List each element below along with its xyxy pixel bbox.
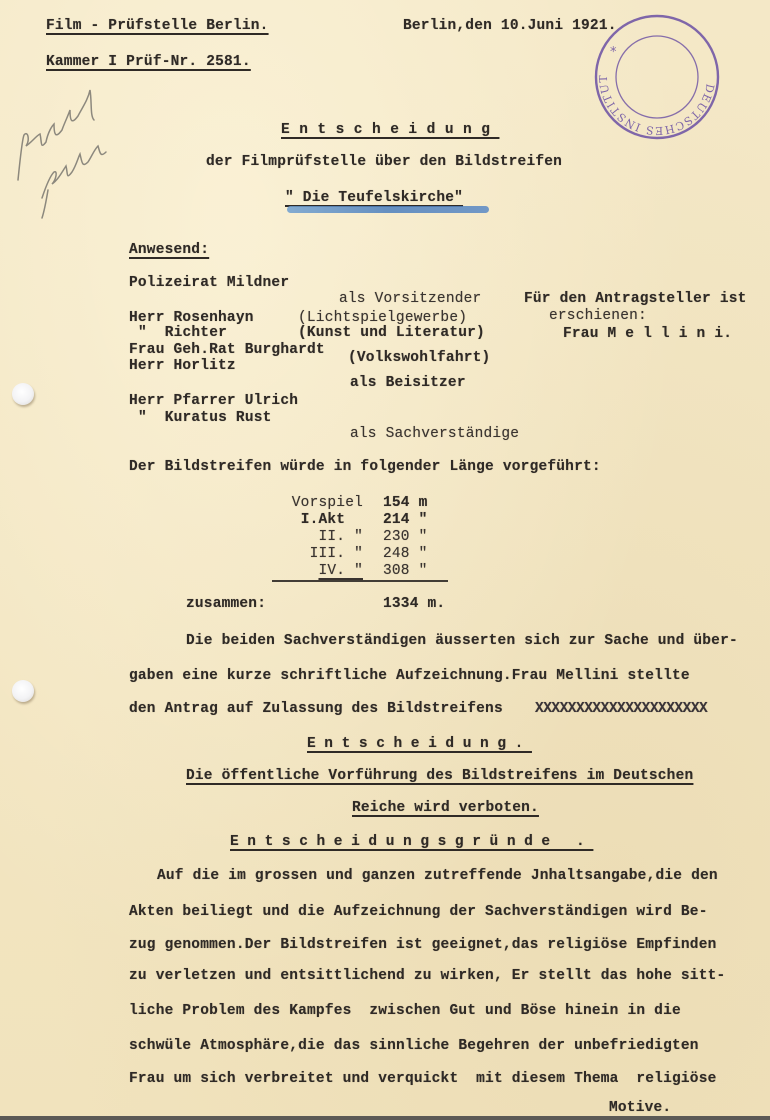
document-title: Entscheidung [281, 121, 499, 139]
handwritten-note: Karbol auf gegeben [6, 80, 146, 220]
reasons-line: Frau um sich verbreitet und verquickt mi… [129, 1070, 717, 1088]
total-value: 1334 m. [383, 595, 445, 613]
reasons-heading: Entscheidungsgründe . [230, 833, 593, 851]
length-row-value: 230 " [383, 528, 428, 546]
applicant-line: Für den Antragsteller ist [524, 290, 747, 308]
proceedings-line: Die beiden Sachverständigen äusserten si… [186, 632, 738, 650]
issuing-authority: Film - Prüfstelle Berlin. [46, 17, 269, 35]
attendee-role: (Volkswohlfahrt) [348, 349, 490, 367]
length-row-value: 248 " [383, 545, 428, 563]
svg-text:*: * [610, 45, 617, 60]
reasons-line: schwüle Atmosphäre,die das sinnliche Beg… [129, 1037, 699, 1055]
decision-heading: Entscheidung. [307, 735, 532, 753]
length-row-label: II. " [243, 528, 363, 546]
reasons-line: zug genommen.Der Bildstreifen ist geeign… [129, 936, 717, 954]
proceedings-line: gaben eine kurze schriftliche Aufzeichnu… [129, 667, 690, 685]
length-row-value: 308 " [383, 562, 428, 580]
length-intro: Der Bildstreifen würde in folgender Läng… [129, 458, 601, 476]
attendance-heading: Anwesend: [129, 241, 209, 259]
length-row-value: 214 " [383, 511, 428, 529]
attendee-name: Polizeirat Mildner [129, 274, 289, 292]
struck-out-text: XXXXXXXXXXXXXXXXXXXXX [535, 700, 707, 718]
reasons-line: Akten beiliegt und die Aufzeichnung der … [129, 903, 708, 921]
applicant-line: erschienen: [549, 307, 647, 325]
document-subtitle: der Filmprüfstelle über den Bildstreifen [206, 153, 562, 171]
attendee-name: Herr Pfarrer Ulrich [129, 392, 298, 410]
reasons-line: Auf die im grossen und ganzen zutreffend… [157, 867, 718, 885]
proceedings-line: den Antrag auf Zulassung des Bildstreife… [129, 700, 503, 718]
attendee-role: (Kunst und Literatur) [298, 324, 485, 342]
decision-line: Die öffentliche Vorführung des Bildstrei… [186, 767, 693, 785]
total-label: zusammen: [186, 595, 266, 613]
length-row-label: III. " [243, 545, 363, 563]
applicant-name: Frau M e l l i n i. [563, 325, 732, 343]
length-row-label: IV. " [243, 562, 363, 580]
attendee-name: " Richter [138, 324, 227, 342]
decision-line: Reiche wird verboten. [352, 799, 539, 817]
film-title: " Die Teufelskirche" [285, 189, 463, 207]
reasons-line: zu verletzen und entsittlichend zu wirke… [129, 967, 725, 985]
punch-hole [12, 383, 34, 405]
length-row-label: I.Akt [243, 511, 363, 529]
institute-stamp-icon: DEUTSCHES INSTITUT FÜR FILMKUNDE E.V. * [592, 12, 722, 142]
blue-pencil-underline [287, 206, 489, 213]
attendee-role: als Sachverständige [350, 425, 519, 443]
scan-bottom-edge [0, 1116, 770, 1120]
punch-hole [12, 680, 34, 702]
attendee-name: " Kuratus Rust [138, 409, 272, 427]
attendee-role: als Beisitzer [350, 374, 466, 392]
sum-rule [272, 580, 448, 582]
attendee-role: als Vorsitzender [339, 290, 481, 308]
length-row-value: 154 m [383, 494, 428, 512]
reasons-line: liche Problem des Kampfes zwischen Gut u… [129, 1002, 681, 1020]
attendee-name: Herr Horlitz [129, 357, 236, 375]
reasons-line: Motive. [609, 1099, 671, 1117]
place-and-date: Berlin,den 10.Juni 1921. [403, 17, 617, 35]
length-row-label: Vorspiel [243, 494, 363, 512]
document-page: Film - Prüfstelle Berlin. Kammer I Prüf-… [0, 0, 770, 1120]
chamber-reference: Kammer I Prüf-Nr. 2581. [46, 53, 251, 71]
